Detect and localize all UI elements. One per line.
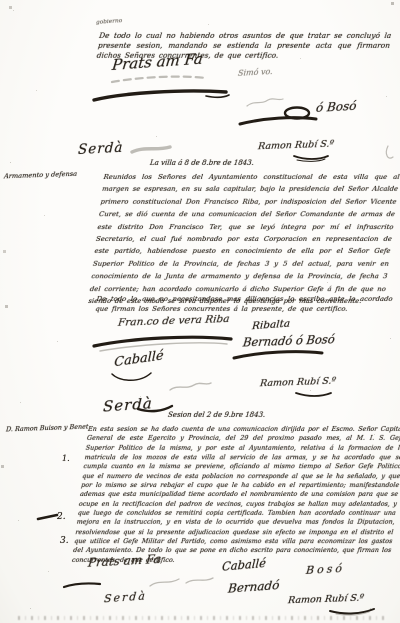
margin-item-number: 2. <box>57 512 66 522</box>
margin-item-number: 3. <box>60 536 69 546</box>
top-annotation: gobierno <box>96 18 123 26</box>
act2-body-text: En esta sesion se ha dado cuenta de una … <box>71 425 400 565</box>
margin-item-number: 1. <box>62 454 70 463</box>
act2-date-line: Sesion del 2 de 9.bre 1843. <box>168 411 266 419</box>
signature-secretary-ramon-rubi: Ramon Rubí S.º <box>257 139 334 153</box>
cutoff-text-edge <box>18 616 384 620</box>
signature-boso: ó Bosó <box>315 99 357 115</box>
signature-bernado: Bernadó <box>227 578 280 596</box>
margin-heading-serda: Serdà <box>78 140 124 158</box>
signature-simo-faint: Simó vo. <box>238 67 273 78</box>
manuscript-scan: gobierno De todo lo cual no habiendo otr… <box>0 0 400 623</box>
act1-date-line: La villa á 8 de 8.bre de 1843. <box>150 159 255 167</box>
act1-margin-note: Armamento y defensa <box>4 170 83 182</box>
signature-caballe: Caballé <box>222 556 267 574</box>
act1-closing-text: De todo lo que no necesitandose mas dili… <box>95 294 393 314</box>
margin-heading-serda: Serdà <box>103 394 153 416</box>
signature-boso: Bosó <box>305 562 345 577</box>
signature-alcalde: Fran.co de vera Riba <box>117 313 230 329</box>
signature-secretary-ramon-rubi: Ramon Rubí S.º <box>287 593 364 607</box>
act2-margin-name: D. Ramon Buison y Benet <box>6 423 91 435</box>
act1-body-text: Reunidos los Señores del Ayuntamiento co… <box>88 171 400 307</box>
signature-secretary-ramon-rubi: Ramon Rubí S.º <box>259 376 336 390</box>
signature-ribalta: Ribalta <box>252 318 291 333</box>
paper-speckles <box>0 0 1 1</box>
signature-caballe: Caballé <box>114 348 164 370</box>
signature-prats: Prats am Fa <box>87 552 161 570</box>
signature-bernado-boso: Bernadó ó Bosó <box>242 332 335 349</box>
signature-serda: Serdà <box>104 589 148 605</box>
